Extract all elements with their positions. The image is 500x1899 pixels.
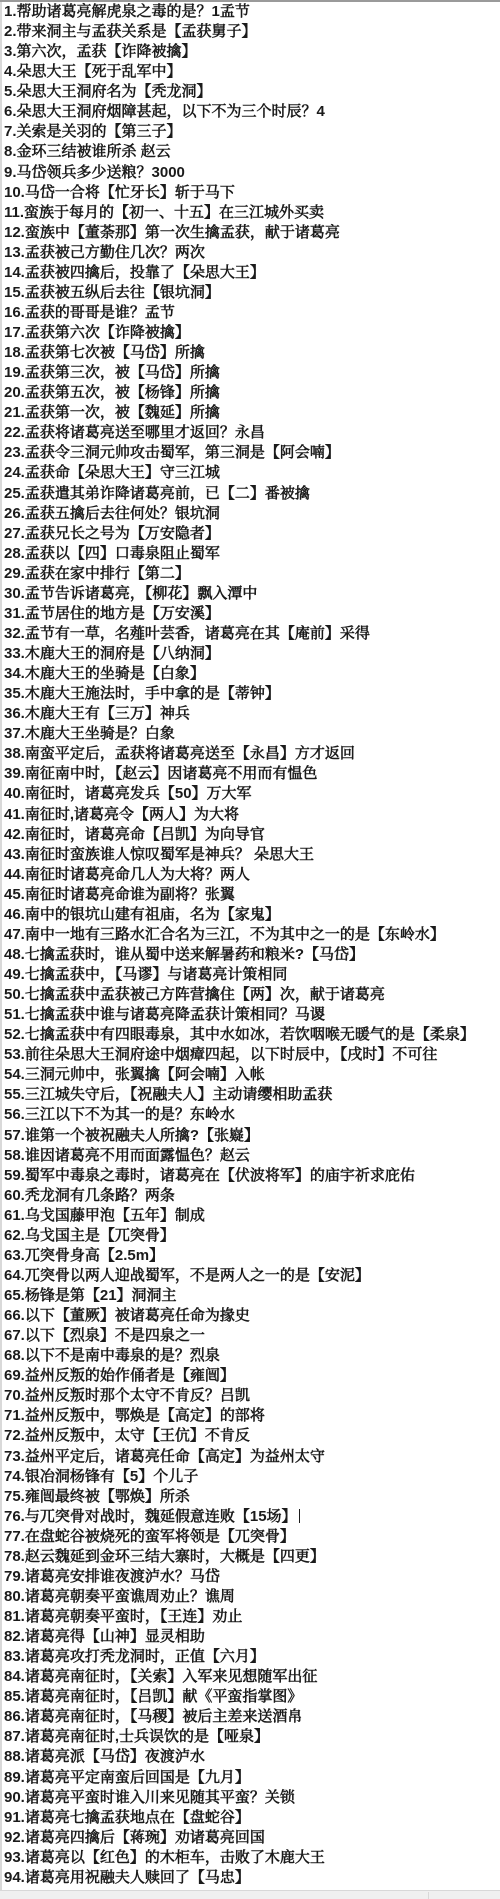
text-line: 6.朵思大王洞府烟障甚起，以下不为三个时辰？4 [4,102,500,122]
text-line: 80.诸葛亮朝奏平蛮谯周劝止？谯周 [4,1587,500,1607]
text-line: 52.七擒孟获中有四眼毒泉，其中水如冰，若饮咽喉无暖气的是【柔泉】 [4,1025,500,1045]
text-line: 4.朵思大王【死于乱军中】 [4,62,500,82]
text-line: 22.孟获将诸葛亮送至哪里才返回？永昌 [4,423,500,443]
status-bar-divider [428,1892,429,1899]
text-line: 33.木鹿大王的洞府是【八纳洞】 [4,644,500,664]
text-line: 30.孟节告诉诸葛亮，【柳花】飘入潭中 [4,584,500,604]
text-line: 70.益州反叛时那个太守不肯反？吕凯 [4,1386,500,1406]
text-line: 29.孟获在家中排行【第二】 [4,564,500,584]
text-line: 24.孟获命【朵思大王】守三江城 [4,463,500,483]
text-line: 73.益州平定后，诸葛亮任命【高定】为益州太守 [4,1447,500,1467]
text-line: 37.木鹿大王坐骑是？白象 [4,724,500,744]
text-line: 92.诸葛亮四擒后【蒋琬】劝诸葛亮回国 [4,1828,500,1848]
text-line: 43.南征时蛮族谁人惊叹蜀军是神兵？ 朵思大王 [4,845,500,865]
text-line: 86.诸葛亮南征时，【马稷】被后主差来送酒帛 [4,1707,500,1727]
text-line: 81.诸葛亮朝奏平蛮时，【王连】劝止 [4,1607,500,1627]
text-line: 35.木鹿大王施法时，手中拿的是【蒂钟】 [4,684,500,704]
text-line: 32.孟节有一草，名薤叶芸香，诸葛亮在其【庵前】采得 [4,624,500,644]
text-line: 8.金环三结被谁所杀 赵云 [4,142,500,162]
text-line: 89.诸葛亮平定南蛮后回国是【九月】 [4,1768,500,1788]
text-line: 51.七擒孟获中谁与诸葛亮降孟获计策相同？马谡 [4,1005,500,1025]
text-line: 2.带来洞主与孟获关系是【孟获舅子】 [4,22,500,42]
text-line: 14.孟获被四擒后，投靠了【朵思大王】 [4,263,500,283]
text-line: 61.乌戈国藤甲泡【五年】制成 [4,1206,500,1226]
text-line: 59.蜀军中毒泉之毒时，诸葛亮在【伏波将军】的庙宇祈求庇佑 [4,1166,500,1186]
text-line: 78.赵云魏延到金环三结大寨时，大概是【四更】 [4,1547,500,1567]
notepad-window: 1.帮助诸葛亮解虎泉之毒的是？1孟节2.带来洞主与孟获关系是【孟获舅子】3.第六… [0,0,500,1899]
text-line: 38.南蛮平定后，孟获将诸葛亮送至【永昌】方才返回 [4,744,500,764]
text-line: 82.诸葛亮得【山神】显灵相助 [4,1627,500,1647]
text-line: 27.孟获兄长之号为【万安隐者】 [4,524,500,544]
text-line: 12.蛮族中【董荼那】第一次生擒孟获，献于诸葛亮 [4,223,500,243]
text-line: 65.杨锋是第【21】洞洞主 [4,1286,500,1306]
text-cursor [299,1509,300,1523]
text-line: 93.诸葛亮以【红色】的木柜车，击败了木鹿大王 [4,1848,500,1868]
text-line: 20.孟获第五次，被【杨锋】所擒 [4,383,500,403]
text-line: 83.诸葛亮攻打秃龙洞时，正值【六月】 [4,1647,500,1667]
text-line: 62.乌戈国主是【兀突骨】 [4,1226,500,1246]
text-line: 49.七擒孟获中，【马谬】与诸葛亮计策相同 [4,965,500,985]
text-line: 50.七擒孟获中孟获被己方阵营擒住【两】次，献于诸葛亮 [4,985,500,1005]
text-line: 90.诸葛亮平蛮时谁入川来见随其平蛮？关锁 [4,1788,500,1808]
text-line: 47.南中一地有三路水汇合名为三江，不为其中之一的是【东岭水】 [4,925,500,945]
text-line: 76.与兀突骨对战时，魏延假意连败【15场】 [4,1507,500,1527]
text-line: 19.孟获第三次，被【马岱】所擒 [4,363,500,383]
text-line: 42.南征时，诸葛亮命【吕凯】为向导官 [4,825,500,845]
text-line: 75.雍闿最终被【鄂焕】所杀 [4,1487,500,1507]
text-line: 58.谁因诸葛亮不用而面露愠色？赵云 [4,1146,500,1166]
window-left-border [0,2,2,1890]
text-line: 23.孟获令三洞元帅攻击蜀军，第三洞是【阿会喃】 [4,443,500,463]
text-line: 7.关索是关羽的【第三子】 [4,122,500,142]
text-line: 46.南中的银坑山建有祖庙，名为【家鬼】 [4,905,500,925]
text-line: 5.朵思大王洞府名为【秃龙洞】 [4,82,500,102]
text-line: 71.益州反叛中，鄂焕是【高定】的部将 [4,1406,500,1426]
status-bar [0,1890,500,1899]
text-line: 56.三江以下不为其一的是？东岭水 [4,1105,500,1125]
text-line: 48.七擒孟获时，谁从蜀中送来解暑药和粮米?【马岱】 [4,945,500,965]
text-line: 3.第六次，孟获【诈降被擒】 [4,42,500,62]
text-line: 88.诸葛亮派【马岱】夜渡泸水 [4,1747,500,1767]
text-line: 21.孟获第一次，被【魏延】所擒 [4,403,500,423]
text-line: 66.以下【董厥】被诸葛亮任命为掾史 [4,1306,500,1326]
text-line: 68.以下不是南中毒泉的是？烈泉 [4,1346,500,1366]
text-line: 85.诸葛亮南征时，【吕凯】献《平蛮指掌图》 [4,1687,500,1707]
text-line: 39.南征南中时，【赵云】因诸葛亮不用而有愠色 [4,764,500,784]
text-line: 40.南征时，诸葛亮发兵【50】万大军 [4,784,500,804]
text-line: 87.诸葛亮南征时,士兵误饮的是【哑泉】 [4,1727,500,1747]
text-line: 11.蛮族于每月的【初一、十五】在三江城外买卖 [4,203,500,223]
text-line: 69.益州反叛的始作俑者是【雍闿】 [4,1366,500,1386]
text-line: 79.诸葛亮安排谁夜渡泸水？马岱 [4,1567,500,1587]
text-editor-area[interactable]: 1.帮助诸葛亮解虎泉之毒的是？1孟节2.带来洞主与孟获关系是【孟获舅子】3.第六… [4,2,500,1888]
text-line: 72.益州反叛中，太守【王伉】不肯反 [4,1426,500,1446]
text-line: 26.孟获五擒后去往何处？银坑洞 [4,504,500,524]
text-line: 16.孟获的哥哥是谁？孟节 [4,303,500,323]
text-line: 15.孟获被五纵后去往【银坑洞】 [4,283,500,303]
text-line: 91.诸葛亮七擒孟获地点在【盘蛇谷】 [4,1808,500,1828]
text-line: 25.孟获遣其弟诈降诸葛亮前，已【二】番被擒 [4,484,500,504]
text-line: 34.木鹿大王的坐骑是【白象】 [4,664,500,684]
text-line: 13.孟获被己方勤住几次？两次 [4,243,500,263]
text-line: 41.南征时,诸葛亮令【两人】为大将 [4,805,500,825]
text-line: 55.三江城失守后，【祝融夫人】主动请缨相助孟获 [4,1085,500,1105]
text-line: 10.马岱一合将【忙牙长】斩于马下 [4,183,500,203]
text-line: 9.马岱领兵多少送粮？3000 [4,163,500,183]
text-line: 17.孟获第六次【诈降被擒】 [4,323,500,343]
text-line: 74.银冶洞杨锋有【5】个儿子 [4,1467,500,1487]
text-line: 57.谁第一个被祝融夫人所擒?【张嶷】 [4,1126,500,1146]
text-line: 45.南征时诸葛亮命谁为副将？张翼 [4,885,500,905]
text-line: 36.木鹿大王有【三万】神兵 [4,704,500,724]
text-line: 44.南征时诸葛亮命几人为大将？两人 [4,865,500,885]
text-line: 84.诸葛亮南征时，【关索】入军来见想随军出征 [4,1667,500,1687]
text-line: 28.孟获以【四】口毒泉阻止蜀军 [4,544,500,564]
text-line: 1.帮助诸葛亮解虎泉之毒的是？1孟节 [4,2,500,22]
text-line: 63.兀突骨身高【2.5m】 [4,1246,500,1266]
text-line: 18.孟获第七次被【马岱】所擒 [4,343,500,363]
text-line: 53.前往朵思大王洞府途中烟瘴四起，以下时辰中，【戌时】不可往 [4,1045,500,1065]
text-line: 64.兀突骨以两人迎战蜀军，不是两人之一的是【安泥】 [4,1266,500,1286]
text-line: 67.以下【烈泉】不是四泉之一 [4,1326,500,1346]
text-line: 31.孟节居住的地方是【万安溪】 [4,604,500,624]
text-line: 77.在盘蛇谷被烧死的蛮军将领是【兀突骨】 [4,1527,500,1547]
text-line: 60.秃龙洞有几条路？两条 [4,1186,500,1206]
text-line: 54.三洞元帅中，张翼擒【阿会喃】入帐 [4,1065,500,1085]
text-line: 94.诸葛亮用祝融夫人赎回了【马忠】 [4,1868,500,1888]
